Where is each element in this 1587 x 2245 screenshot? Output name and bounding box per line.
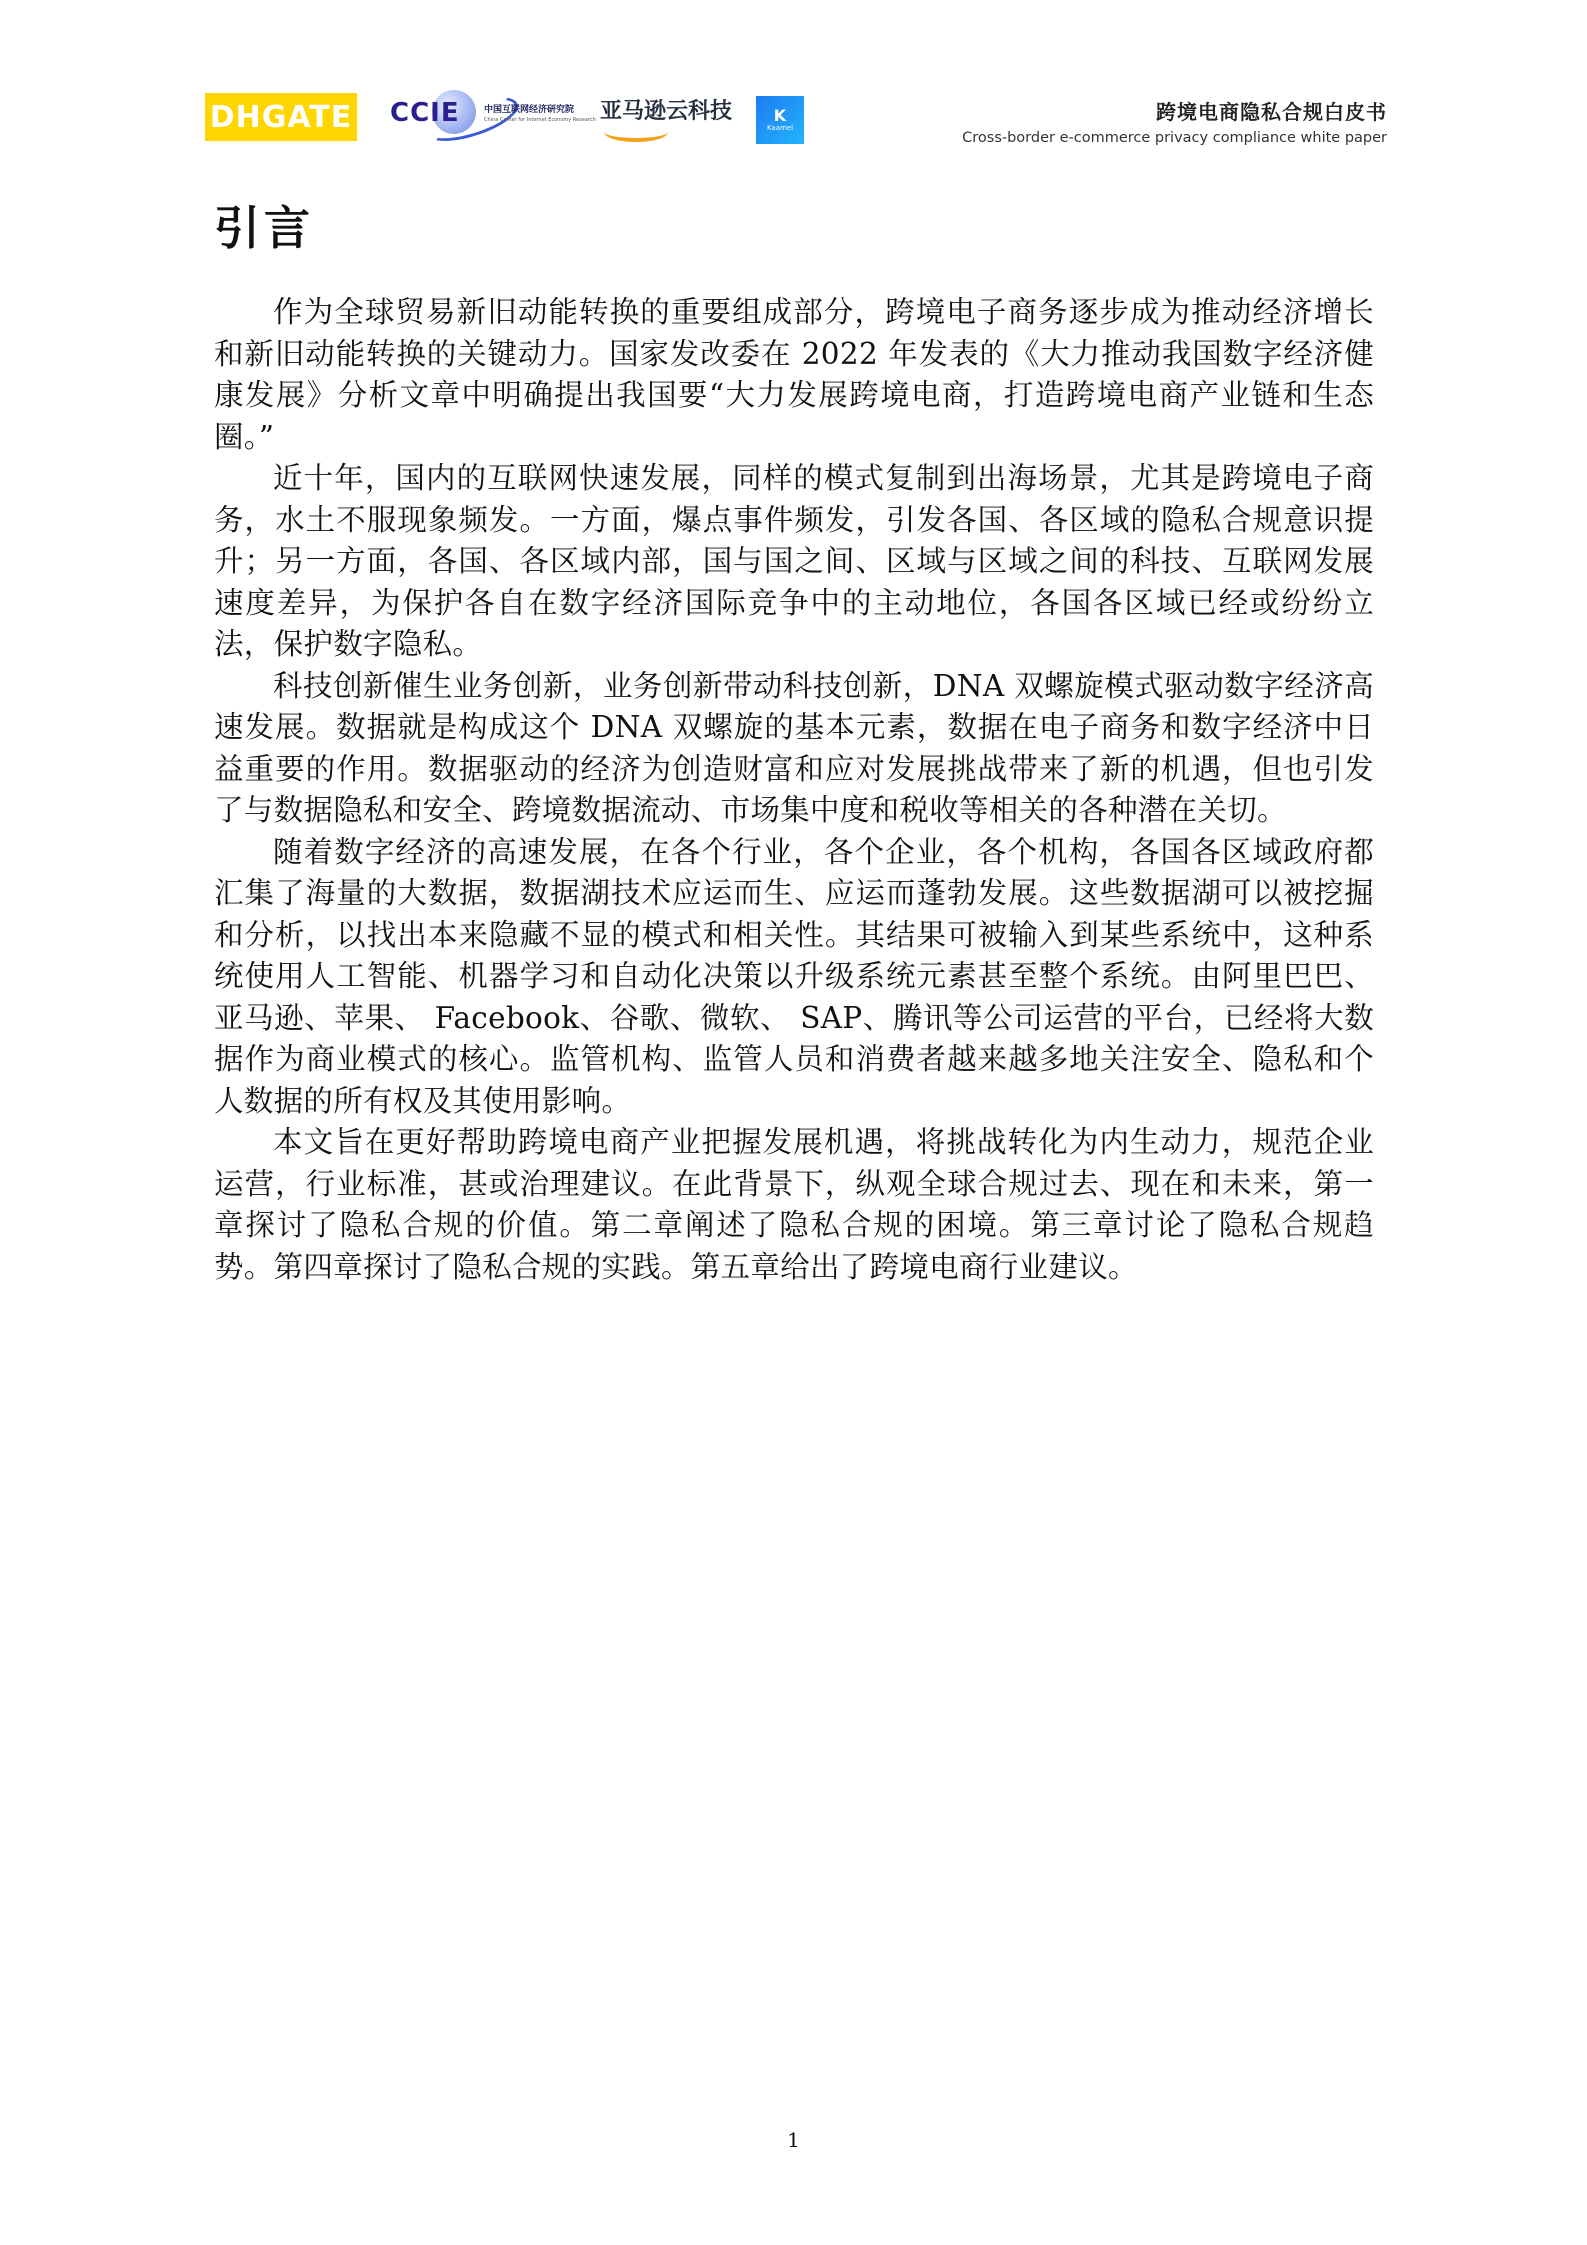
document-title-en: Cross-border e-commerce privacy complian… (962, 130, 1387, 146)
dhgate-logo: DHGATE (205, 93, 357, 141)
page-number: 1 (0, 2128, 1587, 2152)
kaamel-k-icon: K (774, 108, 786, 124)
paragraph: 随着数字经济的高速发展，在各个行业，各个企业，各个机构，各国各区域政府都汇集了海… (214, 832, 1374, 1123)
paragraph: 近十年，国内的互联网快速发展，同样的模式复制到出海场景，尤其是跨境电子商务，水土… (214, 458, 1374, 666)
section-title: 引言 (214, 192, 314, 258)
kaamel-logo-text: Kaamel (767, 124, 793, 133)
dhgate-logo-text: DHGATE (210, 100, 352, 135)
aws-logo: 亚马逊云科技 (600, 92, 750, 147)
kaamel-logo: K Kaamel (756, 96, 804, 144)
ccie-logo: CCIE 中国互联网经济研究院 China Center for Interne… (384, 88, 594, 142)
ccie-subtitle-en: China Center for Internet Economy Resear… (484, 117, 596, 123)
document-title-cn: 跨境电商隐私合规白皮书 (1156, 96, 1387, 125)
ccie-subtitle-cn: 中国互联网经济研究院 (484, 102, 574, 115)
page-header: DHGATE CCIE 中国互联网经济研究院 China Center for … (0, 0, 1587, 160)
paragraph: 本文旨在更好帮助跨境电商产业把握发展机遇，将挑战转化为内生动力，规范企业运营，行… (214, 1122, 1374, 1288)
ccie-logo-text: CCIE (390, 98, 460, 128)
paragraph: 科技创新催生业务创新，业务创新带动科技创新，DNA 双螺旋模式驱动数字经济高速发… (214, 666, 1374, 832)
paragraph: 作为全球贸易新旧动能转换的重要组成部分，跨境电子商务逐步成为推动经济增长和新旧动… (214, 292, 1374, 458)
amazon-smile-icon (604, 122, 668, 142)
aws-logo-text: 亚马逊云科技 (600, 94, 732, 125)
body-text: 作为全球贸易新旧动能转换的重要组成部分，跨境电子商务逐步成为推动经济增长和新旧动… (214, 292, 1374, 1288)
